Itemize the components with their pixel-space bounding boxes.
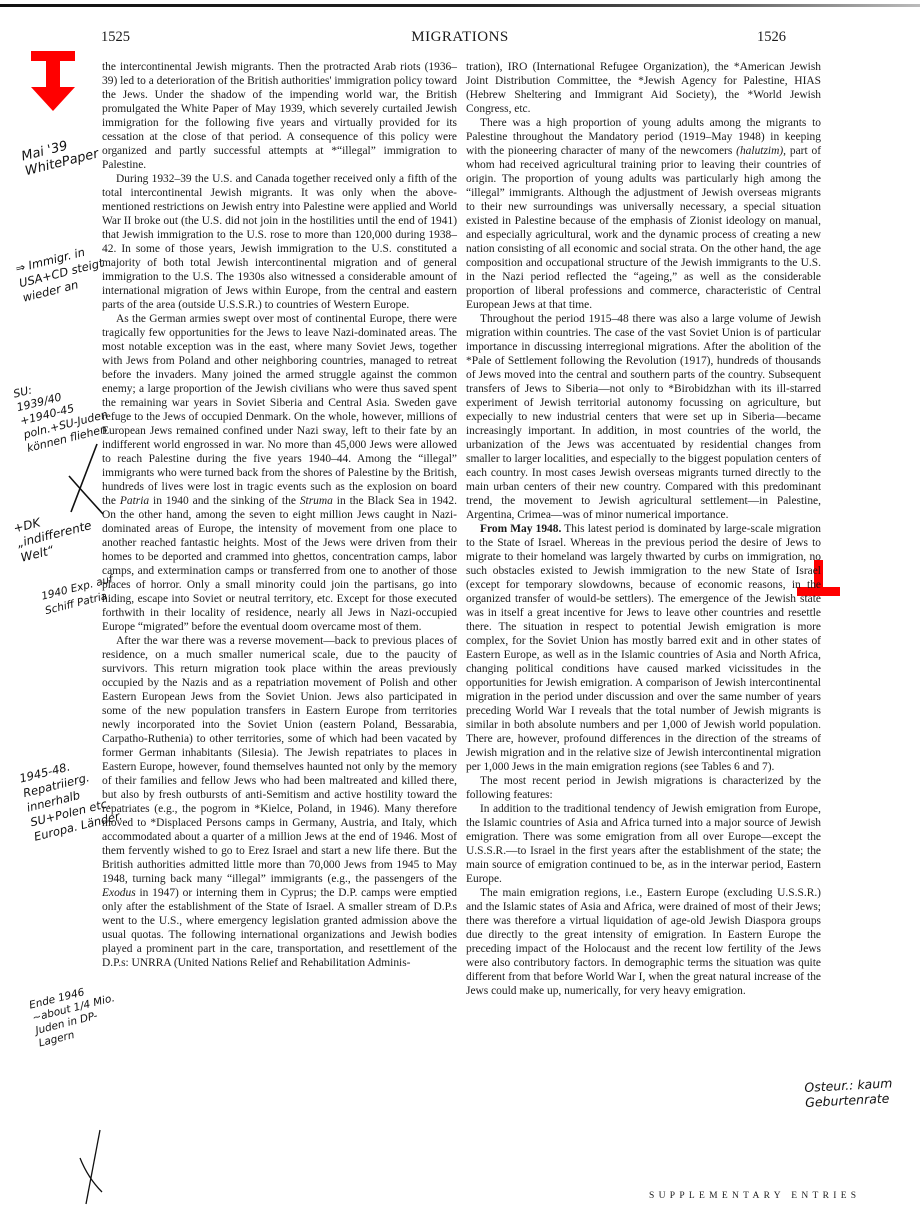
text-run: After the war there was a reverse moveme… — [102, 635, 457, 885]
term-halutzim: (halutzim), — [736, 145, 786, 157]
text-run: in 1947) or interning them in Cyprus; th… — [102, 887, 457, 969]
right-column: tration), IRO (International Refugee Org… — [466, 60, 821, 998]
paragraph: tration), IRO (International Refugee Org… — [466, 60, 821, 116]
ship-name-exodus: Exodus — [102, 887, 136, 899]
paragraph: The most recent period in Jewish migrati… — [466, 774, 821, 802]
paragraph: the intercontinental Jewish migrants. Th… — [102, 60, 457, 172]
handwritten-x-mark-icon — [65, 440, 105, 520]
handwritten-x-mark-icon — [78, 1128, 108, 1208]
ship-name-patria: Patria — [120, 495, 149, 507]
footer-section-label: SUPPLEMENTARY ENTRIES — [649, 1191, 860, 1201]
handwritten-note: Osteur.: kaum Geburtenrate — [804, 1075, 893, 1110]
handwritten-note: Mai '39 WhitePaper — [20, 132, 100, 179]
page-number-right: 1526 — [757, 29, 786, 46]
paragraph: The main emigration regions, i.e., Easte… — [466, 886, 821, 998]
ship-name-struma: Struma — [300, 495, 333, 507]
paragraph: From May 1948. This latest period is dom… — [466, 522, 821, 774]
left-column: the intercontinental Jewish migrants. Th… — [102, 60, 457, 970]
text-run: As the German armies swept over most of … — [102, 313, 457, 507]
red-arrow-down-icon — [27, 51, 79, 113]
paragraph: There was a high proportion of young adu… — [466, 116, 821, 312]
handwritten-note: Ende 1946 ~about 1/4 Mio. Juden in DP- L… — [28, 980, 122, 1051]
paragraph: In addition to the traditional tendency … — [466, 802, 821, 886]
top-edge-rule — [0, 4, 920, 7]
text-run: part of whom had received agricultural t… — [466, 145, 821, 311]
text-run: in the Black Sea in 1942. On the other h… — [102, 495, 457, 633]
text-run: in 1940 and the sinking of the — [149, 495, 300, 507]
text-run: This latest period is dominated by large… — [466, 523, 821, 773]
section-heading: From May 1948. — [480, 523, 561, 535]
paragraph: As the German armies swept over most of … — [102, 312, 457, 634]
paragraph: After the war there was a reverse moveme… — [102, 634, 457, 970]
handwritten-note: ⇒ Immigr. in USA+CD steigt wieder an — [14, 241, 109, 306]
paragraph: Throughout the period 1915–48 there was … — [466, 312, 821, 522]
paragraph: During 1932–39 the U.S. and Canada toget… — [102, 172, 457, 312]
